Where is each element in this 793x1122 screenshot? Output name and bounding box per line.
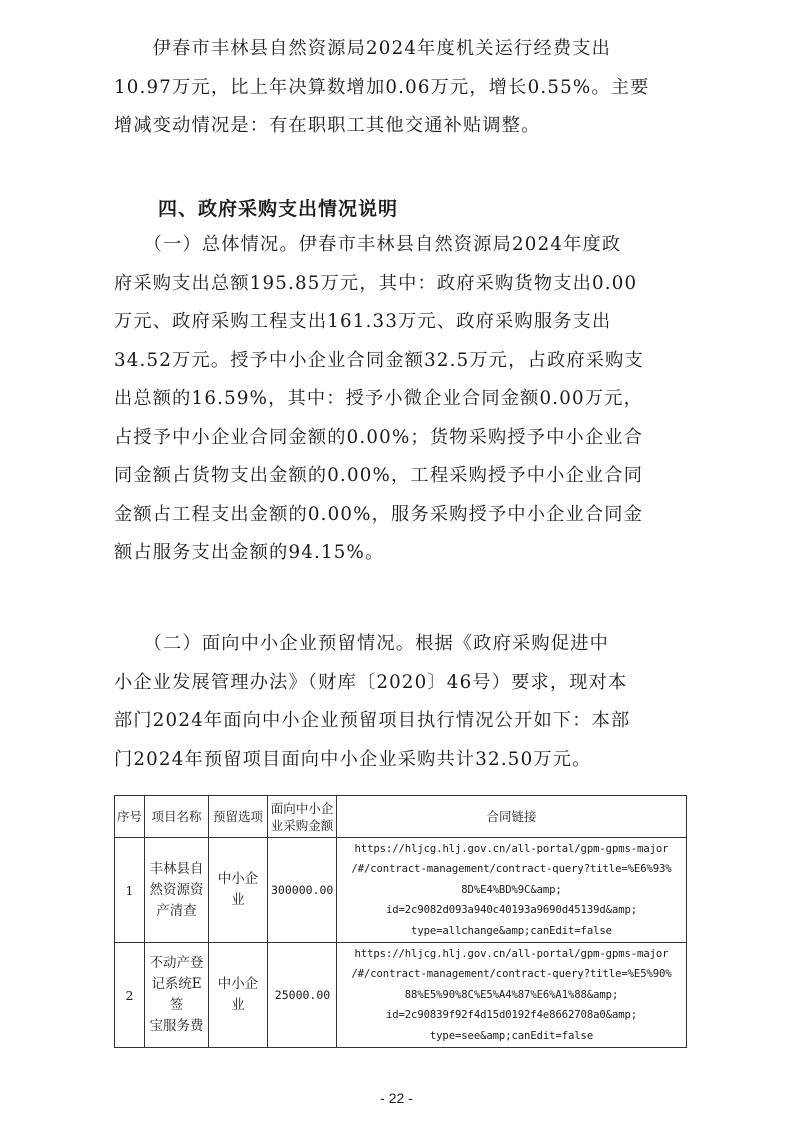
cell-seq: 2 bbox=[115, 943, 145, 1048]
cell-text-line: 丰林县自 bbox=[147, 859, 206, 880]
text-line: 万元、政府采购工程支出161.33万元、政府采购服务支出 bbox=[114, 303, 688, 342]
text-line: 部门2024年面向中小企业预留项目执行情况公开如下：本部 bbox=[114, 702, 688, 741]
contract-link-line[interactable]: id=2c90839f92f4d15d0192f4e8662708a0&amp; bbox=[339, 1005, 684, 1026]
header-sme-amount: 面向中小企 业采购金额 bbox=[268, 796, 337, 838]
text-line: 伊春市丰林县自然资源局2024年度机关运行经费支出 bbox=[114, 30, 688, 69]
cell-sme-amount: 300000.00 bbox=[268, 838, 337, 943]
header-seq: 序号 bbox=[115, 796, 145, 838]
paragraph-operating-expenses: 伊春市丰林县自然资源局2024年度机关运行经费支出 10.97万元，比上年决算数… bbox=[114, 30, 688, 146]
cell-project-name: 不动产登 记系统E签 宝服务费 bbox=[145, 943, 209, 1048]
table-row: 2 不动产登 记系统E签 宝服务费 中小企 业 25000.00 https:/… bbox=[115, 943, 687, 1048]
text-line: 出总额的16.59%，其中：授予小微企业合同金额0.00万元， bbox=[114, 380, 688, 419]
text-line: 额占服务支出金额的94.15%。 bbox=[114, 534, 688, 573]
contract-link-line[interactable]: type=see&amp;canEdit=false bbox=[339, 1026, 684, 1047]
text-line: 金额占工程支出金额的0.00%，服务采购授予中小企业合同金 bbox=[114, 496, 688, 535]
paragraph-procurement-overview: （一）总体情况。伊春市丰林县自然资源局2024年度政 府采购支出总额195.85… bbox=[114, 226, 688, 573]
cell-text-line: 中小企 bbox=[211, 869, 265, 890]
contract-link-line[interactable]: type=allchange&amp;canEdit=false bbox=[339, 921, 684, 942]
section-heading: 四、政府采购支出情况说明 bbox=[158, 194, 398, 221]
cell-reserve-option: 中小企 业 bbox=[209, 943, 268, 1048]
text-line: 门2024年预留项目面向中小企业采购共计32.50万元。 bbox=[114, 741, 688, 780]
reserved-projects-table: 序号 项目名称 预留选项 面向中小企 业采购金额 合同链接 1 丰林县自 然资源… bbox=[114, 795, 687, 1048]
contract-link-line[interactable]: /#/contract-management/contract-query?ti… bbox=[339, 964, 684, 985]
header-contract-link: 合同链接 bbox=[337, 796, 687, 838]
cell-text-line: 产清查 bbox=[147, 901, 206, 922]
header-reserve-option: 预留选项 bbox=[209, 796, 268, 838]
text-line: 增减变动情况是：有在职职工其他交通补贴调整。 bbox=[114, 107, 688, 146]
page-number: - 22 - bbox=[0, 1090, 793, 1106]
text-line: 占授予中小企业合同金额的0.00%；货物采购授予中小企业合 bbox=[114, 419, 688, 458]
header-sme-amount-line: 业采购金额 bbox=[270, 817, 334, 834]
text-line: 10.97万元，比上年决算数增加0.06万元，增长0.55%。主要 bbox=[114, 69, 688, 108]
header-sme-amount-line: 面向中小企 bbox=[270, 800, 334, 817]
text-line: 小企业发展管理办法》（财库〔2020〕46号）要求，现对本 bbox=[114, 664, 688, 703]
contract-link-line[interactable]: 8D%E4%BD%9C&amp; bbox=[339, 880, 684, 901]
contract-link-line[interactable]: https://hljcg.hlj.gov.cn/all-portal/gpm-… bbox=[339, 944, 684, 965]
cell-seq: 1 bbox=[115, 838, 145, 943]
cell-text-line: 业 bbox=[211, 890, 265, 911]
table-header-row: 序号 项目名称 预留选项 面向中小企 业采购金额 合同链接 bbox=[115, 796, 687, 838]
cell-contract-link[interactable]: https://hljcg.hlj.gov.cn/all-portal/gpm-… bbox=[337, 838, 687, 943]
cell-text-line: 中小企 bbox=[211, 974, 265, 995]
cell-text-line: 不动产登 bbox=[147, 953, 206, 974]
text-line: （二）面向中小企业预留情况。根据《政府采购促进中 bbox=[114, 625, 688, 664]
cell-sme-amount: 25000.00 bbox=[268, 943, 337, 1048]
contract-link-line[interactable]: id=2c9082d093a940c40193a9690d45139d&amp; bbox=[339, 900, 684, 921]
cell-contract-link[interactable]: https://hljcg.hlj.gov.cn/all-portal/gpm-… bbox=[337, 943, 687, 1048]
cell-project-name: 丰林县自 然资源资 产清查 bbox=[145, 838, 209, 943]
header-project-name: 项目名称 bbox=[145, 796, 209, 838]
contract-link-line[interactable]: https://hljcg.hlj.gov.cn/all-portal/gpm-… bbox=[339, 839, 684, 860]
table-row: 1 丰林县自 然资源资 产清查 中小企 业 300000.00 https://… bbox=[115, 838, 687, 943]
cell-reserve-option: 中小企 业 bbox=[209, 838, 268, 943]
cell-text-line: 宝服务费 bbox=[147, 1016, 206, 1037]
contract-link-line[interactable]: /#/contract-management/contract-query?ti… bbox=[339, 859, 684, 880]
cell-text-line: 业 bbox=[211, 995, 265, 1016]
text-line: 府采购支出总额195.85万元，其中：政府采购货物支出0.00 bbox=[114, 265, 688, 304]
cell-text-line: 记系统E签 bbox=[147, 974, 206, 1016]
text-line: （一）总体情况。伊春市丰林县自然资源局2024年度政 bbox=[114, 226, 688, 265]
text-line: 34.52万元。授予中小企业合同金额32.5万元，占政府采购支 bbox=[114, 342, 688, 381]
paragraph-sme-reservation: （二）面向中小企业预留情况。根据《政府采购促进中 小企业发展管理办法》（财库〔2… bbox=[114, 625, 688, 779]
contract-link-line[interactable]: 88%E5%90%8C%E5%A4%87%E6%A1%88&amp; bbox=[339, 985, 684, 1006]
cell-text-line: 然资源资 bbox=[147, 880, 206, 901]
text-line: 同金额占货物支出金额的0.00%，工程采购授予中小企业合同 bbox=[114, 457, 688, 496]
